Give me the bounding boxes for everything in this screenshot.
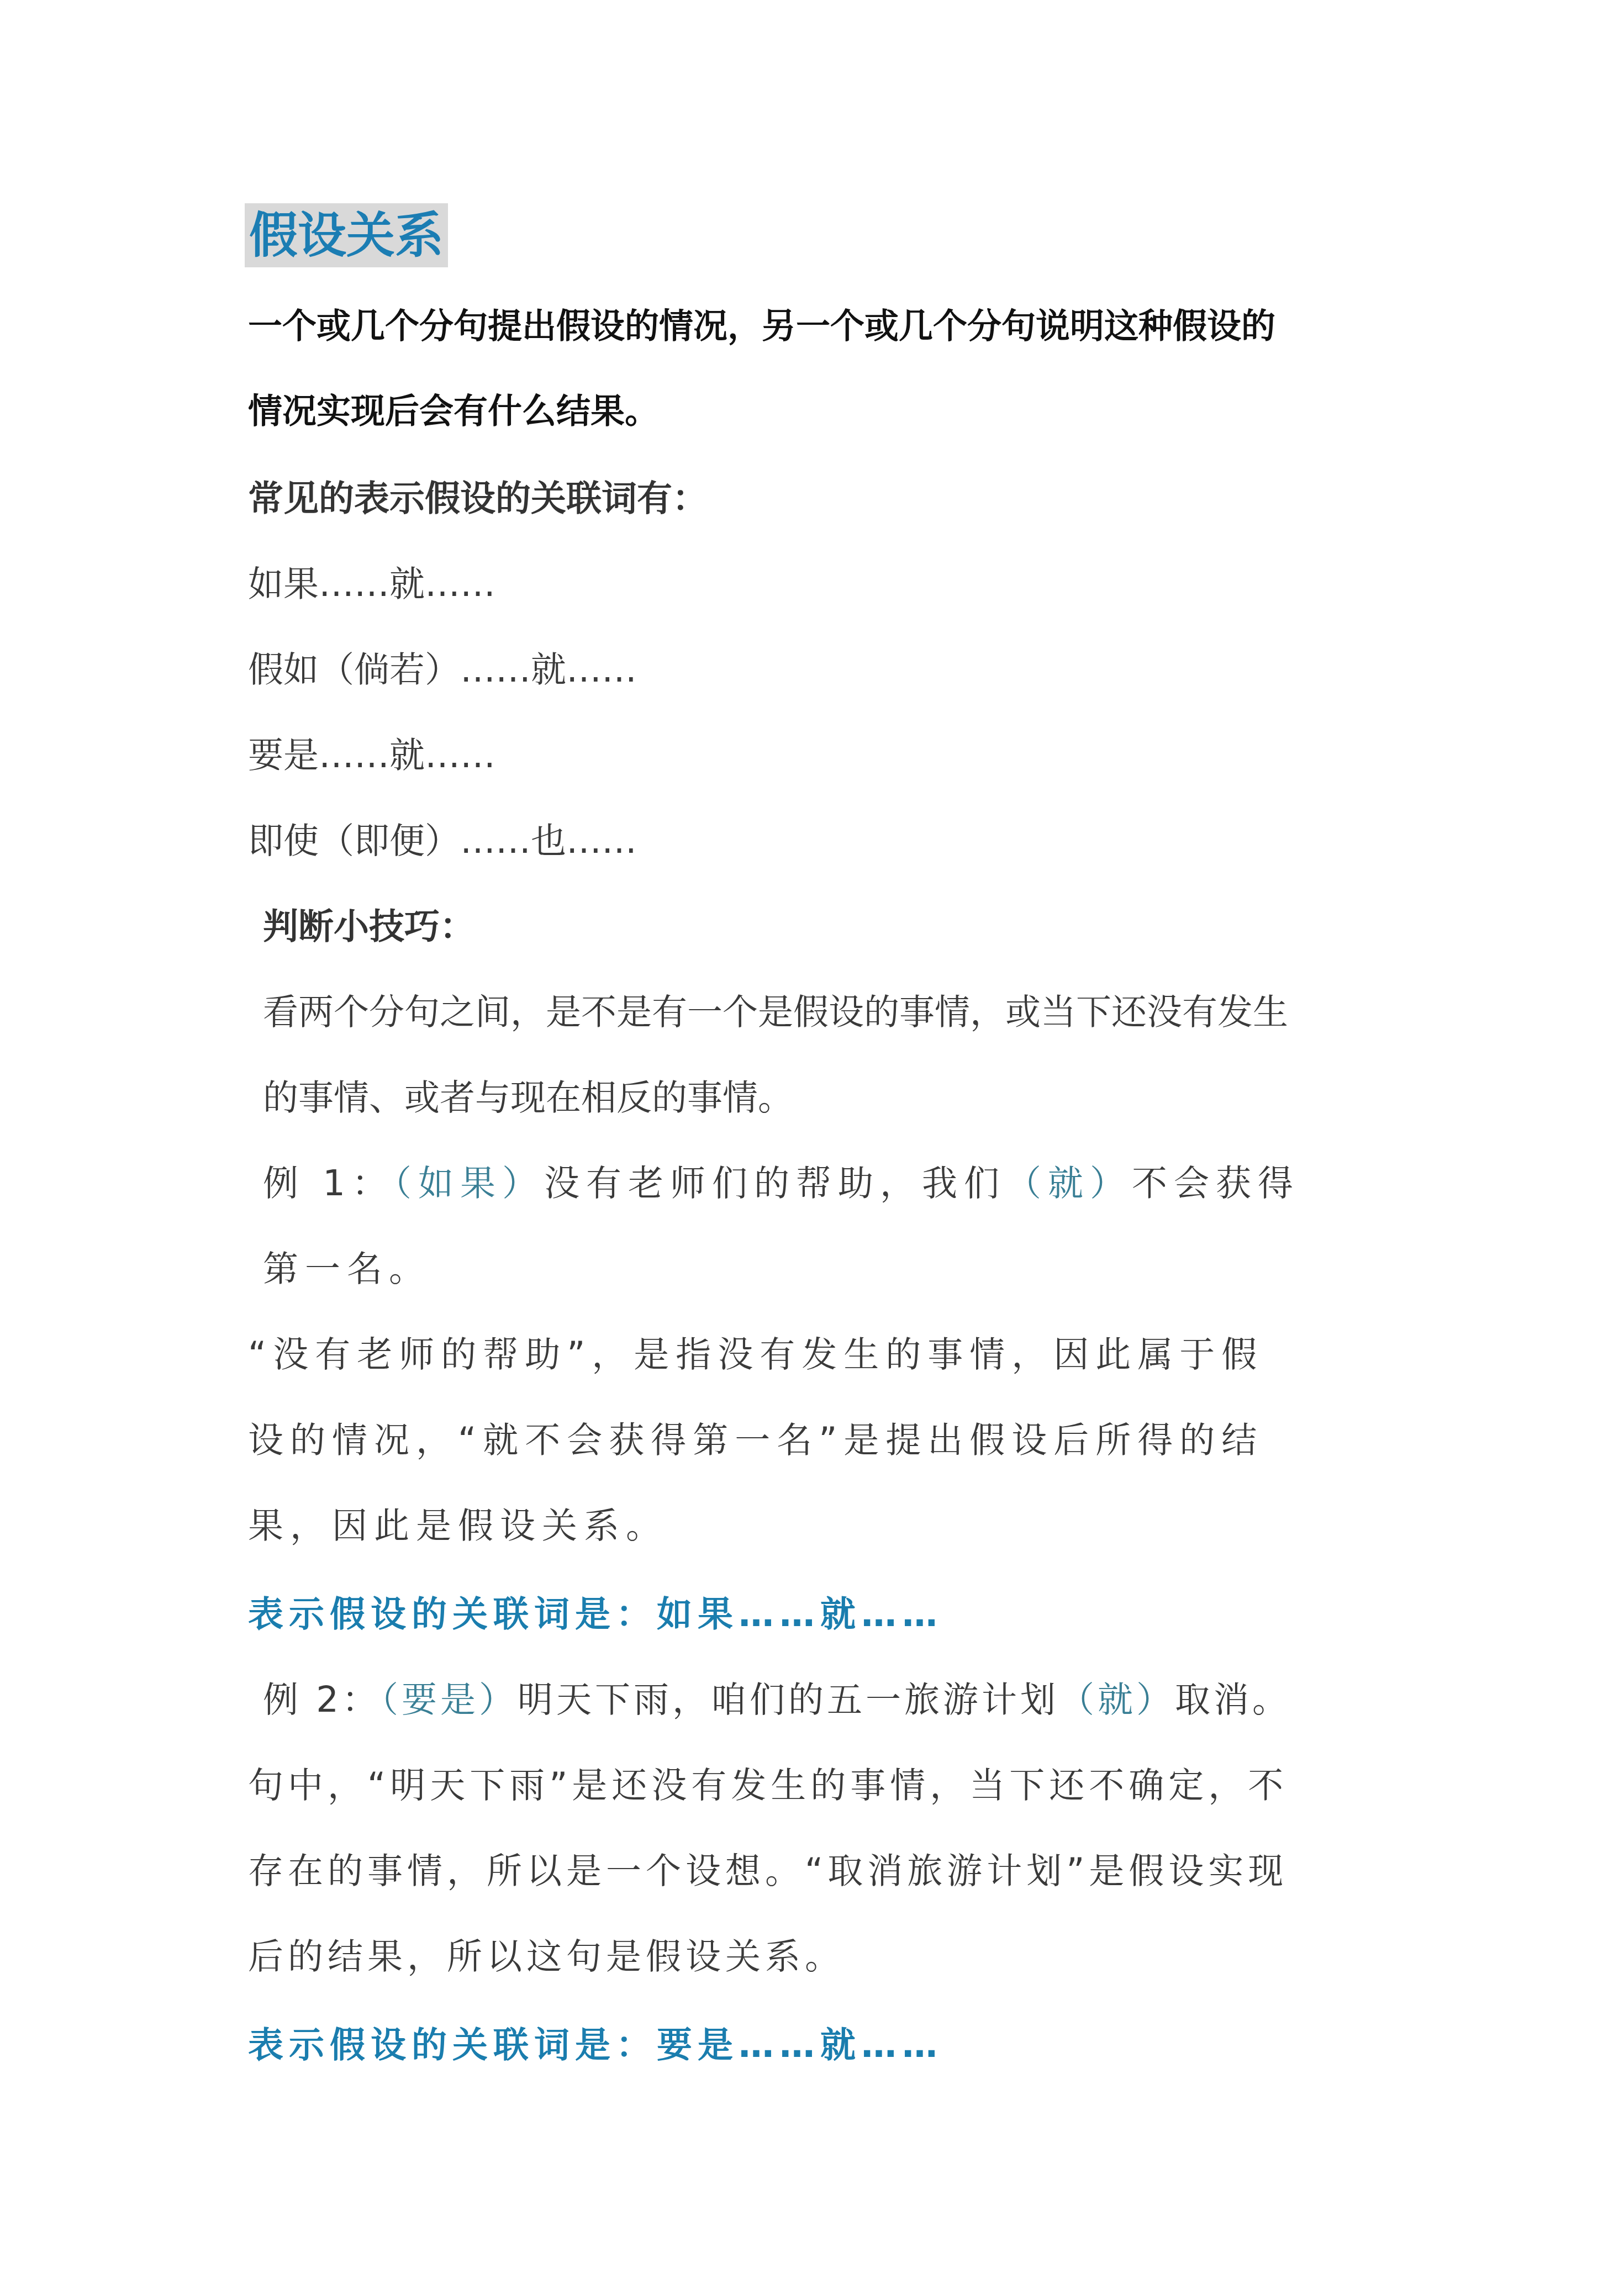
example-1-conclusion: 表示假设的关联词是：如果……就…… [248,1590,943,1639]
example-2-conclusion: 表示假设的关联词是：要是……就…… [248,2020,943,2070]
page-title: 假设关系 [245,203,448,267]
definition-line-2: 情况实现后会有什么结果。 [248,387,659,436]
example-2-label: 例 2： [263,1680,381,1721]
example-1-explain-line: “没有老师的帮助”，是指没有发生的事情，因此属于假 [248,1330,1263,1380]
common-words-heading: 常见的表示假设的关联词有： [248,474,708,524]
example-2-explain-line: 后的结果，所以这句是假设关系。 [248,1932,845,1982]
example-1-suffix: 不会获得 [1132,1163,1300,1204]
example-2-suffix: 取消。 [1175,1680,1291,1721]
example-1-keyword-1: （如果） [394,1163,544,1204]
example-2-explain-line: 存在的事情，所以是一个设想。“取消旅游计划”是假设实现 [248,1846,1288,1896]
example-2-keyword-2: （就） [1059,1680,1175,1721]
example-2-explain-line: 句中，“明天下雨”是还没有发生的事情，当下还不确定，不 [248,1761,1288,1811]
definition-line-1: 一个或几个分句提出假设的情况，另一个或几个分句说明这种假设的 [248,302,1275,351]
example-1-explain-line: 设的情况，“就不会获得第一名”是提出假设后所得的结 [248,1416,1263,1465]
conjunction-item: 假如（倘若）……就…… [248,645,637,695]
tip-line-2: 的事情、或者与现在相反的事情。 [263,1073,793,1123]
example-2-keyword-1: （要是） [381,1680,518,1721]
conjunction-item: 如果……就…… [248,560,495,609]
example-1-label: 例 1： [263,1163,394,1204]
example-2-middle: 明天下雨，咱们的五一旅游计划 [518,1680,1059,1721]
example-1-sentence: 例 1：（如果）没有老师们的帮助，我们（就）不会获得 [263,1159,1300,1209]
conjunction-item: 要是……就…… [248,731,495,780]
example-1-middle: 没有老师们的帮助，我们 [544,1163,1006,1204]
example-1-sentence-line-2: 第一名。 [263,1244,431,1294]
example-1-keyword-2: （就） [1006,1163,1132,1204]
example-1-explain-line: 果，因此是假设关系。 [248,1501,668,1551]
conjunction-item: 即使（即便）……也…… [248,816,637,866]
tip-line-1: 看两个分句之间，是不是有一个是假设的事情，或当下还没有发生 [263,988,1288,1037]
tip-heading: 判断小技巧： [263,902,475,952]
example-2-sentence: 例 2：（要是）明天下雨，咱们的五一旅游计划（就）取消。 [263,1675,1291,1725]
